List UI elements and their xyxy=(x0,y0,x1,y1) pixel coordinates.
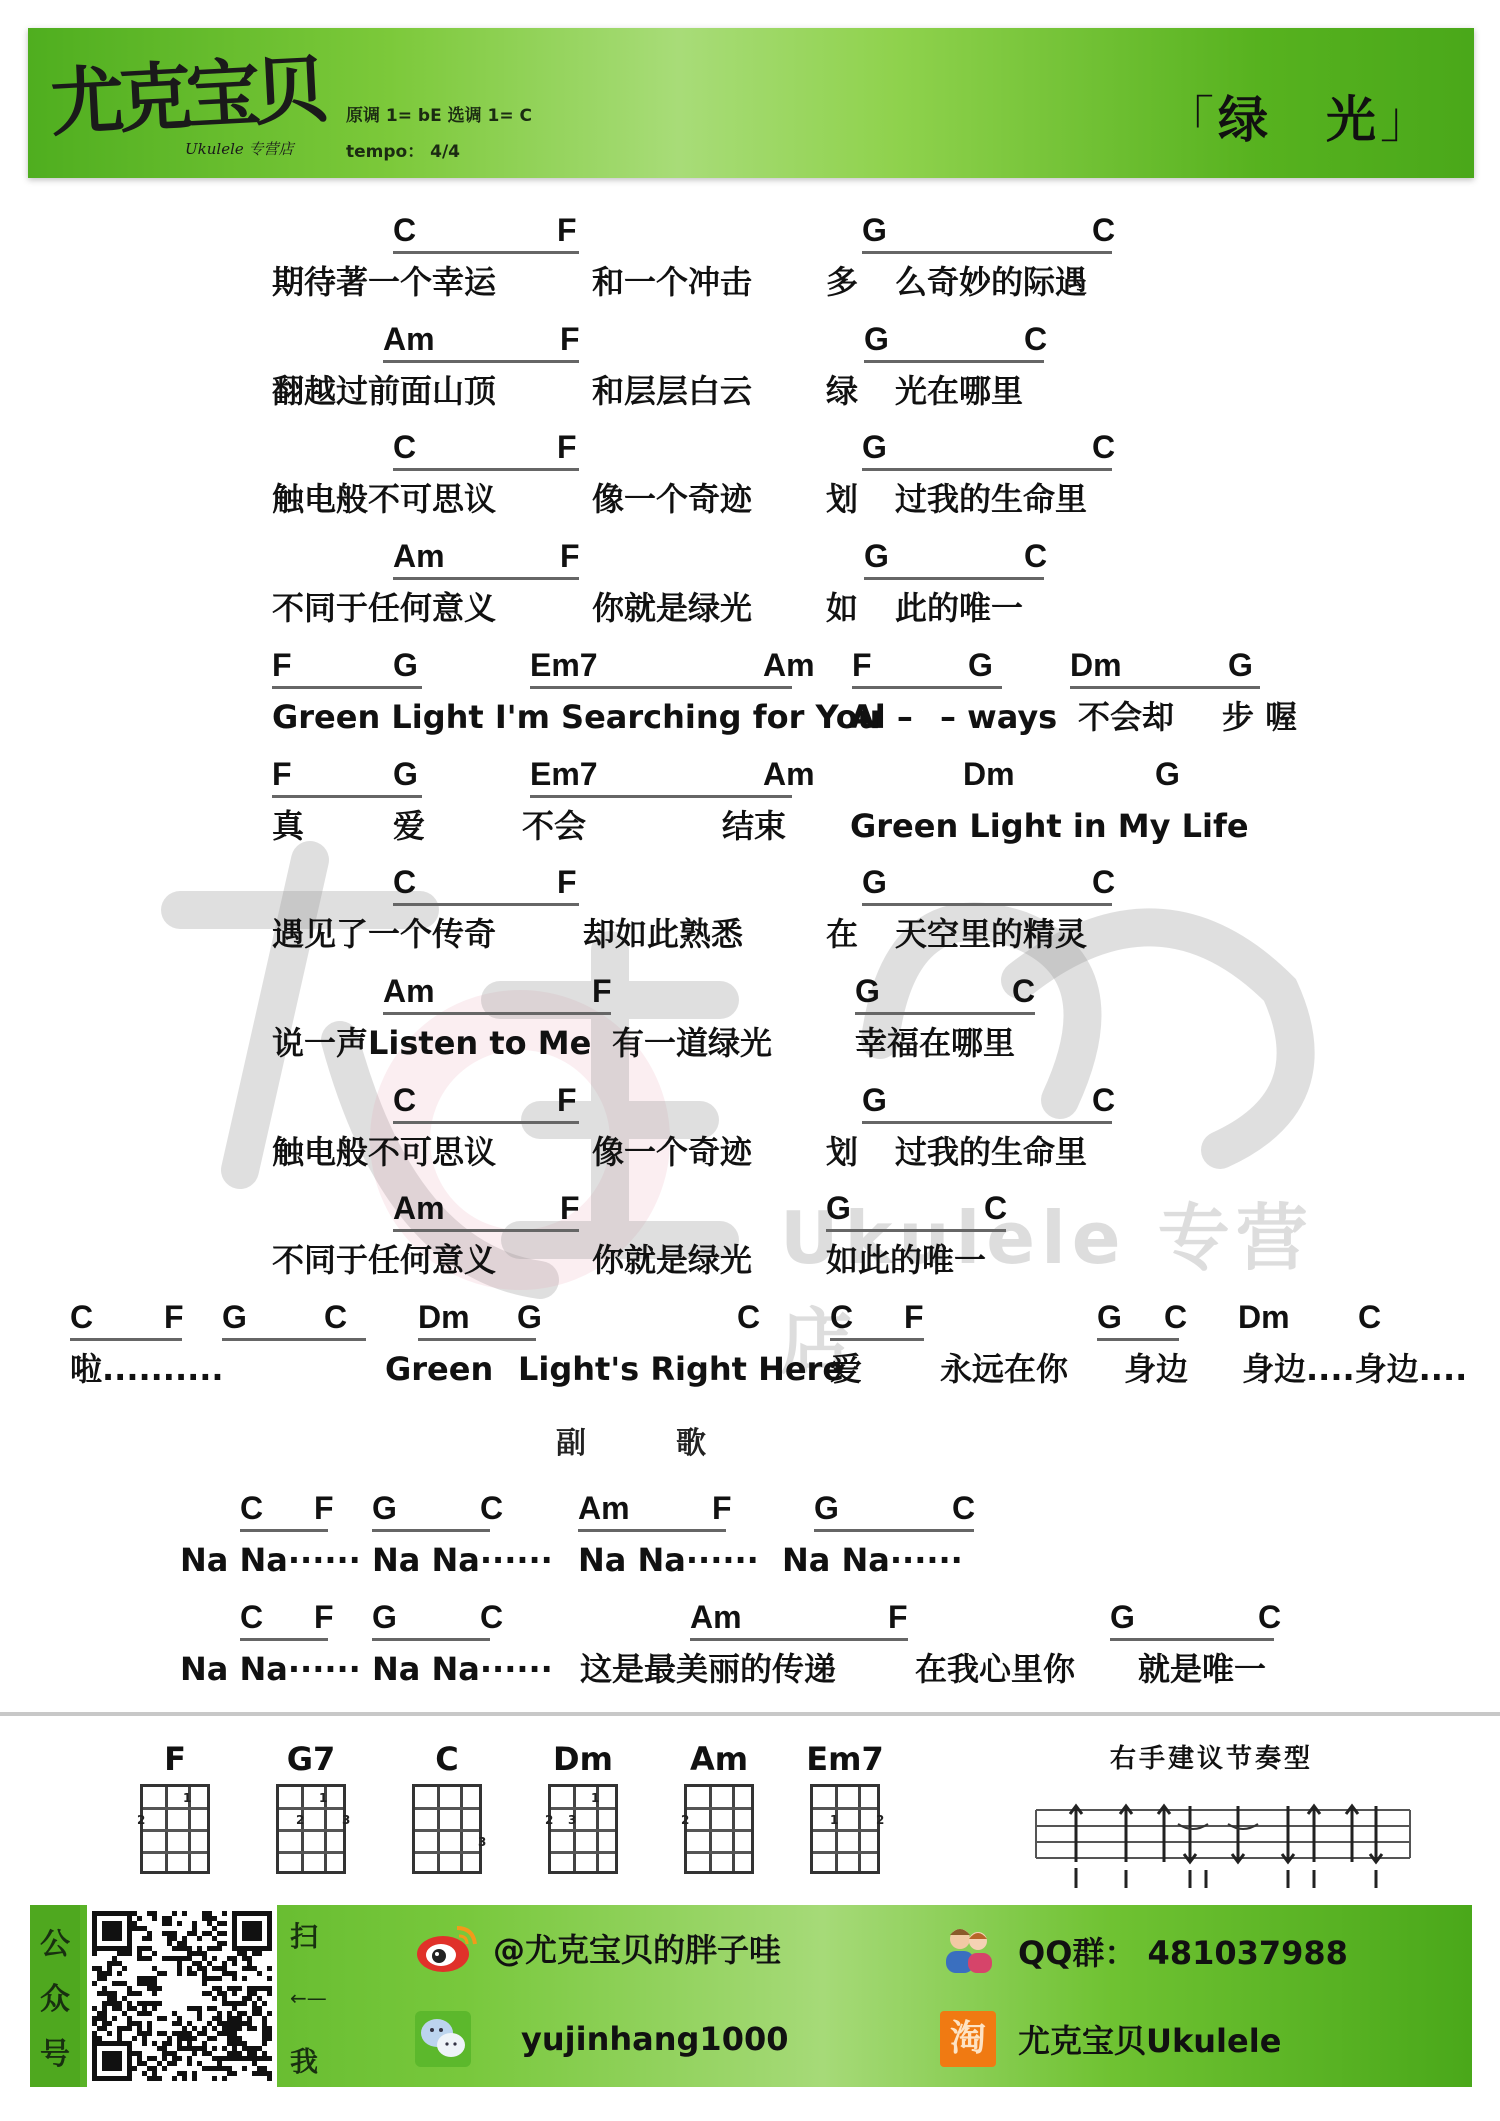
lyric-text: 划 xyxy=(826,477,858,521)
chord-symbol: Am xyxy=(690,1597,742,1637)
fretboard-diagram-icon: 12 xyxy=(810,1784,880,1874)
lyric-text: 结束 xyxy=(722,804,786,848)
chord-symbol: C xyxy=(1012,971,1035,1011)
chord-symbol: F xyxy=(904,1297,924,1337)
finger-marker: 1 xyxy=(183,1791,191,1805)
chord-underline xyxy=(530,686,792,689)
chord-symbol: G xyxy=(864,536,889,576)
qq-group-number: QQ群： 481037988 xyxy=(1018,1928,1348,1974)
tempo-line: tempo： 4/4 xyxy=(346,134,532,170)
chord-symbol: C xyxy=(240,1597,263,1637)
chord-lyric-row: CFGC遇见了一个传奇却如此熟悉在天空里的精灵 xyxy=(0,862,1500,970)
chord-symbol: Am xyxy=(763,645,815,685)
chord-underline xyxy=(1110,1638,1274,1641)
key-line: 原调 1= bE 选调 1= C xyxy=(346,98,532,134)
chord-chart: C3 xyxy=(392,1740,502,1874)
chord-underline xyxy=(862,468,1112,471)
weibo-contact[interactable]: @尤克宝贝的胖子哇 xyxy=(415,1920,781,1976)
chord-lyric-row: CFGC触电般不可思议像一个奇迹划过我的生命里 xyxy=(0,1080,1500,1188)
lyric-text: 却如此熟悉 xyxy=(583,912,743,956)
chord-underline xyxy=(864,360,1044,363)
chord-symbol: G xyxy=(372,1488,397,1528)
chord-chart-name: C xyxy=(392,1740,502,1778)
chord-symbol: C xyxy=(393,210,416,250)
lyric-text: 此的唯一 xyxy=(895,586,1023,630)
chord-symbol: F xyxy=(164,1297,184,1337)
chord-symbol: Em7 xyxy=(530,754,598,794)
chord-symbol: F xyxy=(560,319,580,359)
chord-symbol: F xyxy=(557,427,577,467)
official-account-char: 公 xyxy=(40,1919,70,1963)
title-open-bracket: 「 xyxy=(1164,91,1218,149)
chord-symbol: Am xyxy=(763,754,815,794)
lyric-text: 遇见了一个传奇 xyxy=(272,912,496,956)
chord-symbol: C xyxy=(1258,1597,1281,1637)
brand-logo-subtitle: Ukulele 专营店 xyxy=(185,138,294,159)
chord-underline xyxy=(393,1121,579,1124)
lyric-text: 不同于任何意义 xyxy=(272,586,496,630)
chord-underline xyxy=(690,1638,908,1641)
lyric-text: 绿 xyxy=(826,369,858,413)
chord-symbol: G xyxy=(862,427,887,467)
lyric-text: 啦.......... xyxy=(70,1347,224,1391)
chord-chart: Dm123 xyxy=(528,1740,638,1874)
lyric-text: Green Light I'm Searching for You xyxy=(272,695,881,739)
lyric-text: 如此的唯一 xyxy=(826,1238,986,1282)
lyric-text: 身边....身边.... xyxy=(1242,1347,1467,1391)
chord-symbol: Dm xyxy=(1238,1297,1290,1337)
chord-symbol: C xyxy=(324,1297,347,1337)
qq-group-contact[interactable]: QQ群： 481037988 xyxy=(940,1923,1348,1979)
lyric-text: 如 xyxy=(826,586,858,630)
chord-lyric-row: CFGCAmFGCNa Na······Na Na······这是最美丽的传递在… xyxy=(0,1597,1500,1705)
chord-symbol: F xyxy=(712,1488,732,1528)
finger-marker: 2 xyxy=(137,1813,145,1827)
lyric-text: Green Light in My Life xyxy=(850,804,1249,848)
lyric-text: 过我的生命里 xyxy=(895,477,1087,521)
chord-underline xyxy=(418,1338,536,1341)
chord-symbol: F xyxy=(557,862,577,902)
lyric-text: 触电般不可思议 xyxy=(272,1130,496,1174)
lyric-text: 像一个奇迹 xyxy=(592,1130,752,1174)
chord-chart: F12 xyxy=(120,1740,230,1874)
lyric-text: Na Na······ xyxy=(372,1647,553,1691)
finger-marker: 3 xyxy=(478,1835,486,1849)
lyric-text: 不会却 xyxy=(1078,695,1174,739)
chord-lyric-row: CFGC期待著一个幸运和一个冲击多么奇妙的际遇 xyxy=(0,210,1500,318)
chord-underline xyxy=(70,1338,182,1341)
chord-underline xyxy=(578,1529,726,1532)
lyric-text: Light's Right Here xyxy=(518,1347,844,1391)
taobao-contact[interactable]: 淘 尤克宝贝Ukulele xyxy=(940,2011,1281,2067)
chord-underline xyxy=(383,1012,611,1015)
arrow-left-icon: ←— xyxy=(290,1986,327,2010)
chord-chart-name: Dm xyxy=(528,1740,638,1778)
chord-chart-name: F xyxy=(120,1740,230,1778)
chord-symbol: Dm xyxy=(418,1297,470,1337)
chord-symbol: G xyxy=(814,1488,839,1528)
chord-underline xyxy=(830,1338,924,1341)
chord-symbol: Am xyxy=(393,536,445,576)
chord-symbol: Am xyxy=(383,319,435,359)
weibo-icon xyxy=(415,1920,471,1976)
chord-lyric-row: CFGCDmGCCFGCDmC啦..........GreenLight's R… xyxy=(0,1297,1500,1405)
chord-underline xyxy=(862,903,1112,906)
weibo-handle: @尤克宝贝的胖子哇 xyxy=(493,1925,781,1971)
chord-underline xyxy=(1097,1338,1179,1341)
finger-marker: 3 xyxy=(342,1813,350,1827)
lyric-text: 你就是绿光 xyxy=(592,1238,752,1282)
lyric-text: 这是最美丽的传递 xyxy=(580,1647,836,1691)
chord-underline xyxy=(1070,686,1260,689)
chord-symbol: F xyxy=(592,971,612,1011)
lyric-text: 就是唯一 xyxy=(1138,1647,1266,1691)
chord-symbol: C xyxy=(480,1597,503,1637)
chord-symbol: G xyxy=(393,754,418,794)
chord-symbol: F xyxy=(557,210,577,250)
lyric-text: 像一个奇迹 xyxy=(592,477,752,521)
lyric-text: 不同于任何意义 xyxy=(272,1238,496,1282)
chord-lyric-row: AmFGC说一声Listen to Me有一道绿光幸福在哪里 xyxy=(0,971,1500,1079)
chord-chart-name: G7 xyxy=(256,1740,366,1778)
fretboard-diagram-icon: 2 xyxy=(684,1784,754,1874)
lyric-text: 翻越过前面山顶 xyxy=(272,369,496,413)
lyric-text: 幸福在哪里 xyxy=(855,1021,1015,1065)
lyric-text: 有一道绿光 xyxy=(612,1021,772,1065)
chord-underline xyxy=(272,795,422,798)
strum-pattern: 右手建议节奏型 xyxy=(1030,1738,1420,1888)
chord-underline xyxy=(862,1121,1112,1124)
finger-marker: 2 xyxy=(545,1813,553,1827)
chord-underline xyxy=(240,1529,328,1532)
lyric-text: Na Na······ xyxy=(782,1538,963,1582)
chord-symbol: G xyxy=(1097,1297,1122,1337)
chord-symbol: C xyxy=(737,1297,760,1337)
chord-symbol: G xyxy=(517,1297,542,1337)
chord-symbol: G xyxy=(864,319,889,359)
chord-chart: Em712 xyxy=(790,1740,900,1874)
chord-symbol: C xyxy=(70,1297,93,1337)
title-close-bracket: 」 xyxy=(1380,91,1434,149)
chord-symbol: F xyxy=(314,1597,334,1637)
chord-underline xyxy=(272,686,422,689)
chord-underline xyxy=(855,1012,1035,1015)
chord-symbol: Dm xyxy=(1070,645,1122,685)
fretboard-diagram-icon: 123 xyxy=(276,1784,346,1874)
lyric-text: Na Na······ xyxy=(372,1538,553,1582)
lyric-text: Na Na······ xyxy=(578,1538,759,1582)
chord-symbol: G xyxy=(1110,1597,1135,1637)
chord-symbol: G xyxy=(372,1597,397,1637)
chord-symbol: G xyxy=(862,862,887,902)
chord-symbol: F xyxy=(560,536,580,576)
chord-symbol: G xyxy=(393,645,418,685)
chord-symbol: G xyxy=(1228,645,1253,685)
chord-symbol: C xyxy=(480,1488,503,1528)
qq-group-icon xyxy=(940,1923,996,1979)
wechat-id: yujinhang1000 xyxy=(521,2020,788,2058)
chord-chart: Am2 xyxy=(664,1740,774,1874)
chord-symbol: C xyxy=(240,1488,263,1528)
song-title: 「绿 光」 xyxy=(1164,80,1434,152)
lyric-text: Al – xyxy=(850,695,913,739)
taobao-shop-name: 尤克宝贝Ukulele xyxy=(1018,2016,1281,2062)
chord-symbol: G xyxy=(222,1297,247,1337)
chord-symbol: C xyxy=(393,427,416,467)
lyric-text: 永远在你 xyxy=(940,1347,1068,1391)
chord-symbol: F xyxy=(888,1597,908,1637)
chord-lyric-row: CFGC触电般不可思议像一个奇迹划过我的生命里 xyxy=(0,427,1500,535)
finger-marker: 1 xyxy=(830,1813,838,1827)
chord-symbol: G xyxy=(968,645,993,685)
chord-underline xyxy=(530,795,792,798)
chord-symbol: C xyxy=(1092,427,1115,467)
chord-underline xyxy=(383,360,579,363)
chord-lyric-row: FGEm7AmFGDmGGreen Light I'm Searching fo… xyxy=(0,645,1500,753)
header-banner: 尤克宝贝 Ukulele 专营店 原调 1= bE 选调 1= C tempo：… xyxy=(28,28,1474,178)
brand-logo: 尤克宝贝 Ukulele 专营店 xyxy=(50,38,350,173)
footer-banner: 公 众 号 扫 ←— 我 @尤克宝贝的胖子哇 xyxy=(30,1905,1472,2087)
chord-symbol: C xyxy=(1092,862,1115,902)
lyric-text: Na Na······ xyxy=(180,1647,361,1691)
lyric-text: 你就是绿光 xyxy=(592,586,752,630)
chord-lyric-row: CFGCAmFGCNa Na······Na Na······Na Na····… xyxy=(0,1488,1500,1596)
finger-marker: 2 xyxy=(296,1813,304,1827)
scan-text-top: 扫 xyxy=(290,1915,327,1955)
chord-underline xyxy=(240,1638,328,1641)
lyric-text: 天空里的精灵 xyxy=(895,912,1087,956)
lyric-text: 划 xyxy=(826,1130,858,1174)
chord-symbol: G xyxy=(1155,754,1180,794)
chord-symbol: C xyxy=(1092,210,1115,250)
chord-underline xyxy=(393,1229,579,1232)
official-account-label: 公 众 号 xyxy=(30,1905,80,2087)
chord-chart-name: Am xyxy=(664,1740,774,1778)
lyric-text: 触电般不可思议 xyxy=(272,477,496,521)
key-info: 原调 1= bE 选调 1= C tempo： 4/4 xyxy=(346,98,532,170)
chord-symbol: C xyxy=(1358,1297,1381,1337)
chord-symbol: F xyxy=(272,754,292,794)
chord-symbol: Am xyxy=(578,1488,630,1528)
lyric-text: 和一个冲击 xyxy=(592,260,752,304)
title-text: 绿 光 xyxy=(1218,91,1380,149)
official-account-char: 号 xyxy=(40,2029,70,2073)
chord-symbol: C xyxy=(984,1188,1007,1228)
chord-symbol: Dm xyxy=(963,754,1015,794)
chord-underline xyxy=(826,1229,1006,1232)
lyric-text: 过我的生命里 xyxy=(895,1130,1087,1174)
finger-marker: 1 xyxy=(591,1791,599,1805)
chord-symbol: C xyxy=(1024,319,1047,359)
chord-underline xyxy=(814,1529,974,1532)
chord-symbol: Em7 xyxy=(530,645,598,685)
chord-lyric-row: AmFGC不同于任何意义你就是绿光如此的唯一 xyxy=(0,536,1500,644)
chord-lyric-row: AmFGC不同于任何意义你就是绿光如此的唯一 xyxy=(0,1188,1500,1296)
official-account-char: 众 xyxy=(40,1974,70,2018)
fretboard-diagram-icon: 3 xyxy=(412,1784,482,1874)
lyric-text: 在 xyxy=(826,912,858,956)
lyric-text: Green xyxy=(385,1347,493,1391)
qr-code[interactable] xyxy=(87,1905,277,2087)
chord-underline xyxy=(372,1529,490,1532)
lyric-text: 在我心里你 xyxy=(915,1647,1075,1691)
chord-symbol: G xyxy=(855,971,880,1011)
chord-underline xyxy=(393,577,579,580)
lyric-text: 爱 xyxy=(393,804,425,848)
chord-symbol: G xyxy=(826,1188,851,1228)
fretboard-diagram-icon: 123 xyxy=(548,1784,618,1874)
lyric-text: 期待著一个幸运 xyxy=(272,260,496,304)
fretboard-diagram-icon: 12 xyxy=(140,1784,210,1874)
chord-symbol: F xyxy=(557,1080,577,1120)
lyric-text: 说一声Listen to Me xyxy=(272,1021,591,1065)
finger-marker: 1 xyxy=(319,1791,327,1805)
chord-symbol: C xyxy=(1164,1297,1187,1337)
finger-marker: 2 xyxy=(681,1813,689,1827)
chord-symbol: C xyxy=(1024,536,1047,576)
chord-lyric-row: FGEm7AmDmG真爱不会结束Green Light in My Life xyxy=(0,754,1500,862)
section-divider xyxy=(0,1712,1500,1716)
chord-symbol: F xyxy=(272,645,292,685)
wechat-icon xyxy=(415,2011,471,2067)
finger-marker: 3 xyxy=(568,1813,576,1827)
chord-symbol: F xyxy=(560,1188,580,1228)
chord-underline xyxy=(862,251,1112,254)
chord-chart-name: Em7 xyxy=(790,1740,900,1778)
brand-logo-text: 尤克宝贝 xyxy=(47,31,324,151)
section-label-chorus: 副歌 xyxy=(556,1418,796,1462)
lyric-text: – ways xyxy=(940,695,1057,739)
lyric-text: 多 xyxy=(826,260,858,304)
finger-marker: 2 xyxy=(876,1813,884,1827)
chord-symbol: C xyxy=(830,1297,853,1337)
chord-underline xyxy=(393,251,579,254)
lyric-text: 爱 xyxy=(830,1347,862,1391)
qr-code-icon xyxy=(87,1905,277,2087)
chord-underline xyxy=(372,1638,490,1641)
chord-lyric-row: AmFGC翻越过前面山顶和层层白云绿光在哪里 xyxy=(0,319,1500,427)
scan-me-label: 扫 ←— 我 xyxy=(290,1915,327,2080)
chord-symbol: F xyxy=(852,645,872,685)
lyric-text: 光在哪里 xyxy=(895,369,1023,413)
lyric-text: 不会 xyxy=(522,804,586,848)
chord-symbol: C xyxy=(1092,1080,1115,1120)
lyric-text: 和层层白云 xyxy=(592,369,752,413)
lyric-text: 身边 xyxy=(1124,1347,1188,1391)
chord-underline xyxy=(222,1338,366,1341)
chord-symbol: F xyxy=(314,1488,334,1528)
taobao-icon: 淘 xyxy=(940,2011,996,2067)
chord-symbol: C xyxy=(393,862,416,902)
lyric-text: 真 xyxy=(272,804,304,848)
chord-symbol: C xyxy=(393,1080,416,1120)
chord-symbol: Am xyxy=(383,971,435,1011)
chord-underline xyxy=(393,903,579,906)
chord-underline xyxy=(393,468,579,471)
chord-symbol: Am xyxy=(393,1188,445,1228)
scan-text-bottom: 我 xyxy=(290,2040,327,2080)
strum-pattern-diagram-icon xyxy=(1030,1738,1420,1888)
chord-chart: G7123 xyxy=(256,1740,366,1874)
chord-symbol: G xyxy=(862,210,887,250)
chord-symbol: C xyxy=(952,1488,975,1528)
chord-underline xyxy=(852,686,1002,689)
lyric-text: 步 喔 xyxy=(1222,695,1297,739)
chord-underline xyxy=(864,577,1044,580)
lyric-text: Na Na······ xyxy=(180,1538,361,1582)
chord-symbol: G xyxy=(862,1080,887,1120)
lyric-text: 么奇妙的际遇 xyxy=(895,260,1087,304)
wechat-contact[interactable]: yujinhang1000 xyxy=(415,2011,788,2067)
